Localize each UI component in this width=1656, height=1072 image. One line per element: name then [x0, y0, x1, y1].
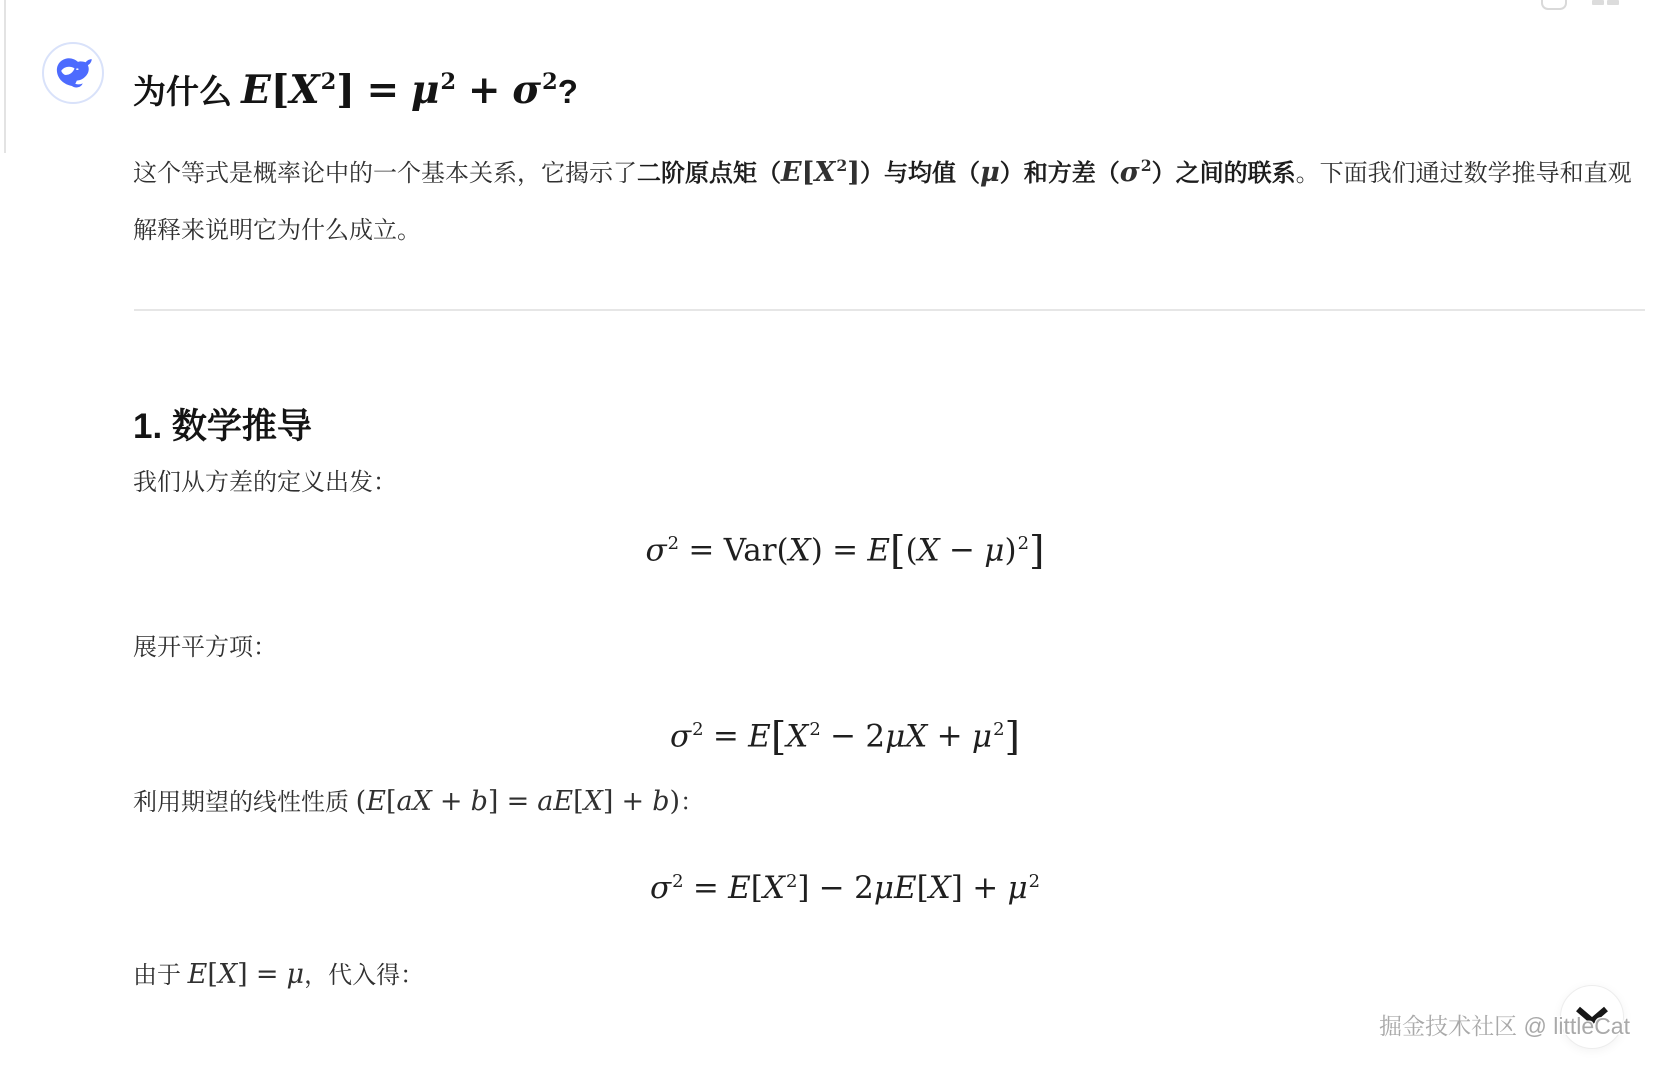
step-text-substitute: 由于 E[X]=μ，代入得： — [133, 955, 424, 990]
intro-paragraph: 这个等式是概率论中的一个基本关系，它揭示了二阶原点矩（E[X2]）与均值（μ）和… — [133, 144, 1645, 259]
section-divider — [134, 309, 1645, 311]
formula-variance-definition: σ2=Var(X)=E[(X−μ)2] — [133, 532, 1557, 572]
step-text-variance-definition: 我们从方差的定义出发： — [133, 462, 397, 497]
cut-off-rounded-icon[interactable] — [1541, 0, 1567, 10]
assistant-avatar — [42, 42, 104, 104]
panel-edge-divider — [4, 0, 6, 153]
deepseek-whale-icon — [53, 53, 93, 93]
formula-expanded-square: σ2=E[X2−2μX+μ2] — [133, 718, 1557, 758]
step-text-expand-square: 展开平方项： — [133, 627, 277, 662]
question-title: 为什么 E[X2]=μ2+σ2? — [133, 66, 578, 113]
watermark: 掘金技术社区 @ littleCat — [1379, 1008, 1630, 1041]
section-heading: 1. 数学推导 — [133, 399, 312, 449]
formula-linearity-applied: σ2=E[X2]−2μE[X]+μ2 — [133, 870, 1557, 906]
cut-off-bars-icon[interactable] — [1607, 0, 1619, 5]
step-text-linearity: 利用期望的线性性质 (E[aX+b]=aE[X]+b)： — [133, 782, 704, 817]
cut-off-bars-icon[interactable] — [1592, 0, 1604, 5]
